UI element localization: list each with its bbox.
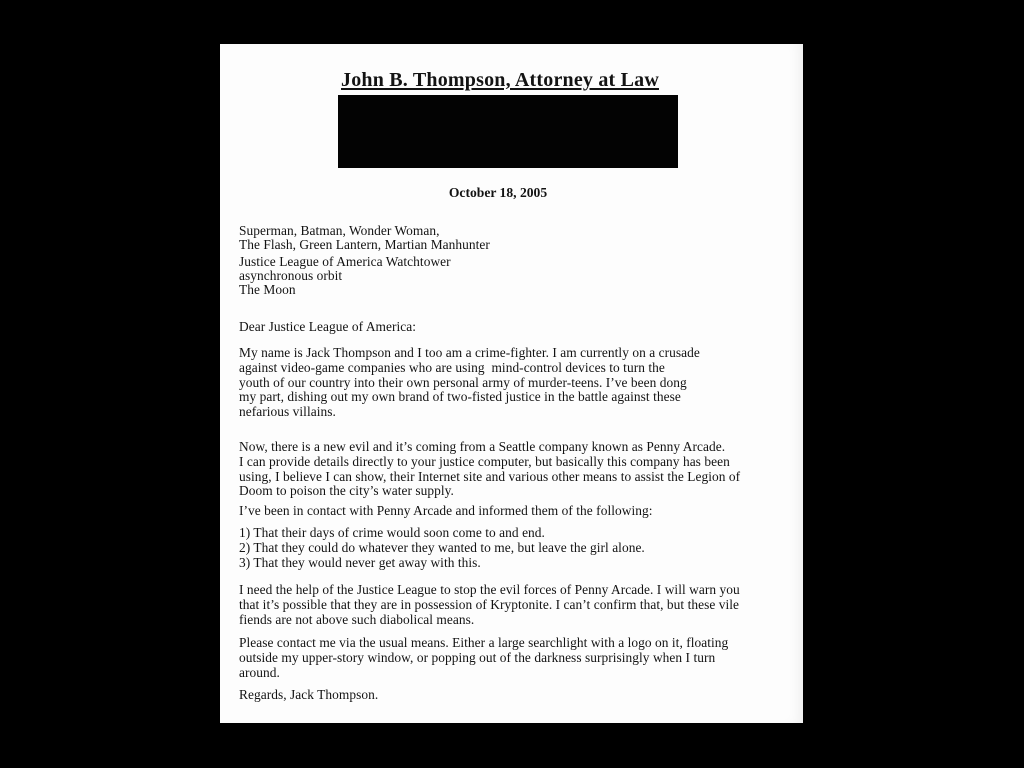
list-item-3: 3) That they would never get away with t… <box>239 555 481 570</box>
black-backdrop: John B. Thompson, Attorney at Law Octobe… <box>0 0 1024 768</box>
paragraph-help-request: I need the help of the Justice League to… <box>239 583 740 627</box>
paragraph-contact-means: Please contact me via the usual means. E… <box>239 636 728 680</box>
list-item-2: 2) That they could do whatever they want… <box>239 540 645 555</box>
letter-date: October 18, 2005 <box>220 185 776 201</box>
letterhead-title-text: John B. Thompson, Attorney at Law <box>341 69 659 91</box>
recipient-address: Justice League of America Watchtower asy… <box>239 255 451 297</box>
paragraph-contact-intro: I’ve been in contact with Penny Arcade a… <box>239 504 652 519</box>
paragraph-intro: My name is Jack Thompson and I too am a … <box>239 346 700 420</box>
letterhead-title: John B. Thompson, Attorney at Law <box>220 69 780 92</box>
closing-signature: Regards, Jack Thompson. <box>239 688 378 703</box>
letter-page: John B. Thompson, Attorney at Law Octobe… <box>220 44 803 723</box>
list-item-1: 1) That their days of crime would soon c… <box>239 525 545 540</box>
redaction-box <box>338 95 678 168</box>
recipient-names: Superman, Batman, Wonder Woman, The Flas… <box>239 224 490 252</box>
numbered-list: 1) That their days of crime would soon c… <box>239 526 645 570</box>
paragraph-new-evil: Now, there is a new evil and it’s coming… <box>239 440 740 499</box>
salutation: Dear Justice League of America: <box>239 320 416 335</box>
